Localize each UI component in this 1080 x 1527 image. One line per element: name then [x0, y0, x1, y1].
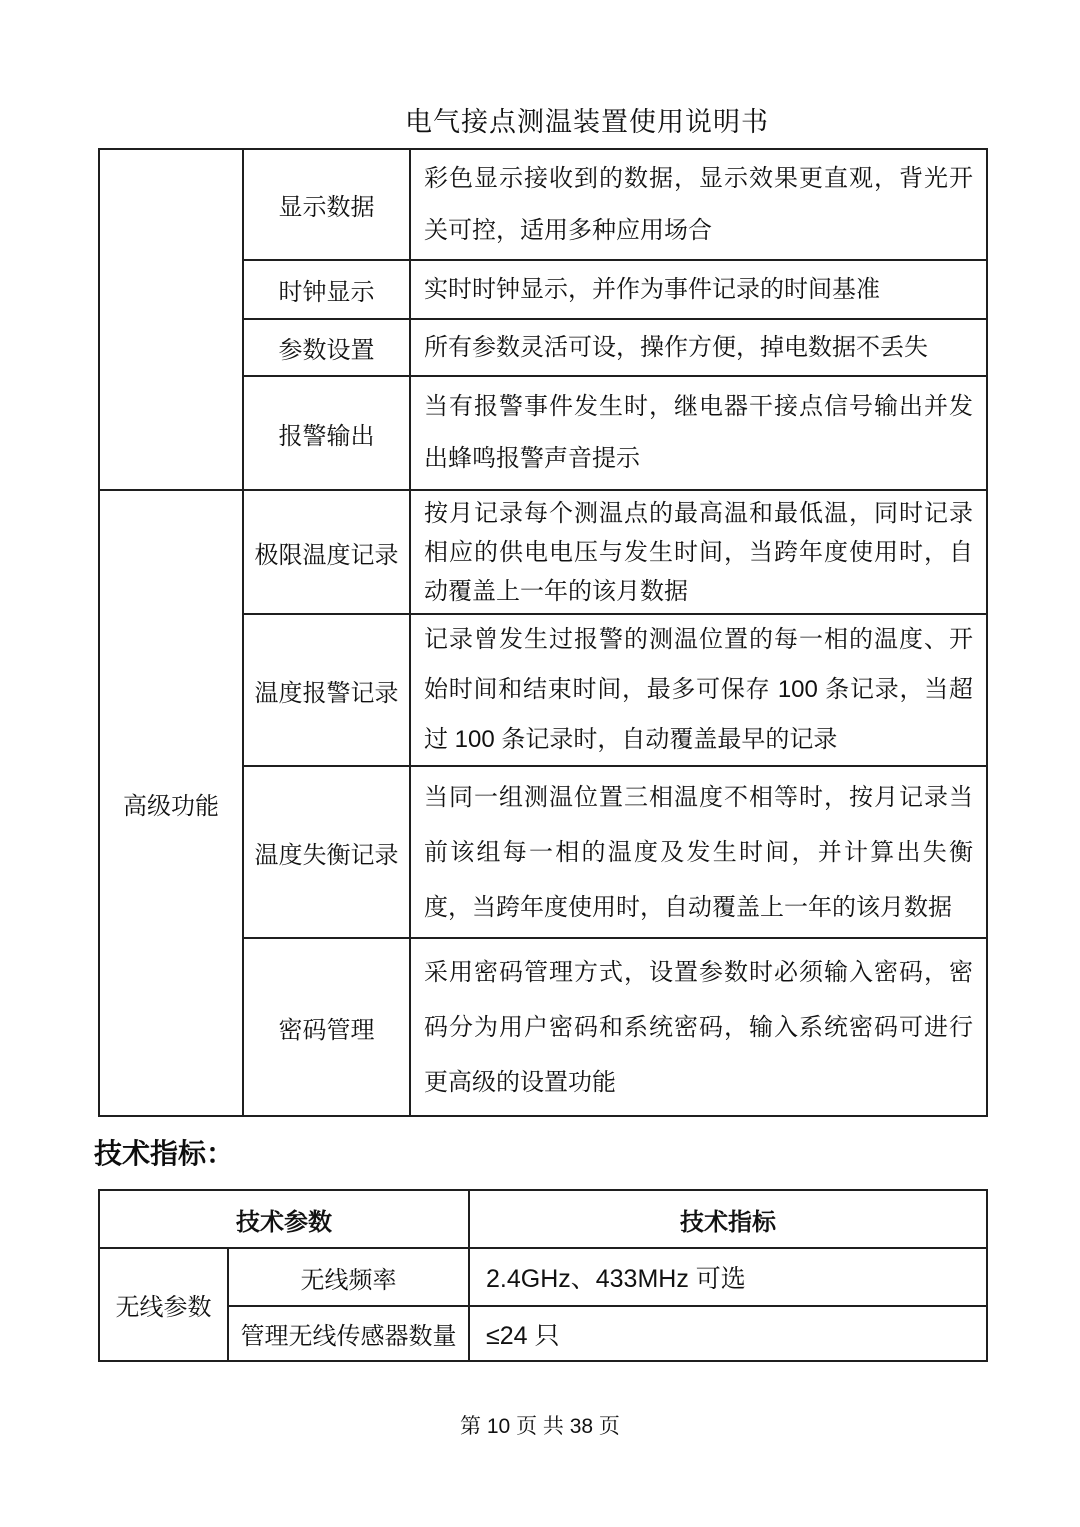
specs-table: 技术参数 技术指标 无线参数 无线频率 2.4GHz、433MHz 可选 管理无… [98, 1189, 988, 1362]
feature-label-password-management: 密码管理 [243, 938, 410, 1116]
feature-desc-parameter-setting: 所有参数灵活可设，操作方便，掉电数据不丢失 [410, 319, 987, 376]
feature-label-temp-imbalance-record: 温度失衡记录 [243, 766, 410, 938]
feature-group-cell-advanced: 高级功能 [99, 490, 243, 1116]
table-row: 管理无线传感器数量 ≤24 只 [99, 1306, 987, 1361]
feature-desc-temp-imbalance-record: 当同一组测温位置三相温度不相等时，按月记录当前该组每一相的温度及发生时间，并计算… [410, 766, 987, 938]
table-row: 显示数据 彩色显示接收到的数据，显示效果更直观，背光开关可控，适用多种应用场合 [99, 149, 987, 260]
page-title: 电气接点测温装置使用说明书 [0, 100, 1080, 139]
page-number: 第 10 页 共 38 页 [0, 1410, 1080, 1440]
feature-desc-password-management: 采用密码管理方式，设置参数时必须输入密码，密码分为用户密码和系统密码，输入系统密… [410, 938, 987, 1116]
spec-value-sensor-count: ≤24 只 [469, 1306, 987, 1361]
specs-header-spec: 技术指标 [469, 1190, 987, 1248]
table-header-row: 技术参数 技术指标 [99, 1190, 987, 1248]
feature-desc-display-data: 彩色显示接收到的数据，显示效果更直观，背光开关可控，适用多种应用场合 [410, 149, 987, 260]
feature-label-clock-display: 时钟显示 [243, 260, 410, 319]
feature-label-parameter-setting: 参数设置 [243, 319, 410, 376]
feature-desc-temp-alarm-record: 记录曾发生过报警的测温位置的每一相的温度、开始时间和结束时间，最多可保存 100… [410, 614, 987, 766]
specs-group-wireless: 无线参数 [99, 1248, 228, 1361]
feature-desc-limit-temp-record: 按月记录每个测温点的最高温和最低温，同时记录相应的供电电压与发生时间，当跨年度使… [410, 490, 987, 614]
feature-desc-alarm-output: 当有报警事件发生时，继电器干接点信号输出并发出蜂鸣报警声音提示 [410, 376, 987, 490]
feature-label-limit-temp-record: 极限温度记录 [243, 490, 410, 614]
specs-header-param: 技术参数 [99, 1190, 469, 1248]
feature-label-alarm-output: 报警输出 [243, 376, 410, 490]
feature-group-cell-empty [99, 149, 243, 490]
feature-label-display-data: 显示数据 [243, 149, 410, 260]
spec-param-sensor-count: 管理无线传感器数量 [228, 1306, 469, 1361]
table-row: 无线参数 无线频率 2.4GHz、433MHz 可选 [99, 1248, 987, 1306]
section-heading: 技术指标： [94, 1132, 234, 1172]
spec-param-wireless-frequency: 无线频率 [228, 1248, 469, 1306]
feature-label-temp-alarm-record: 温度报警记录 [243, 614, 410, 766]
spec-value-wireless-frequency: 2.4GHz、433MHz 可选 [469, 1248, 987, 1306]
table-row: 高级功能 极限温度记录 按月记录每个测温点的最高温和最低温，同时记录相应的供电电… [99, 490, 987, 614]
features-table: 显示数据 彩色显示接收到的数据，显示效果更直观，背光开关可控，适用多种应用场合 … [98, 148, 988, 1117]
feature-desc-clock-display: 实时时钟显示，并作为事件记录的时间基准 [410, 260, 987, 319]
